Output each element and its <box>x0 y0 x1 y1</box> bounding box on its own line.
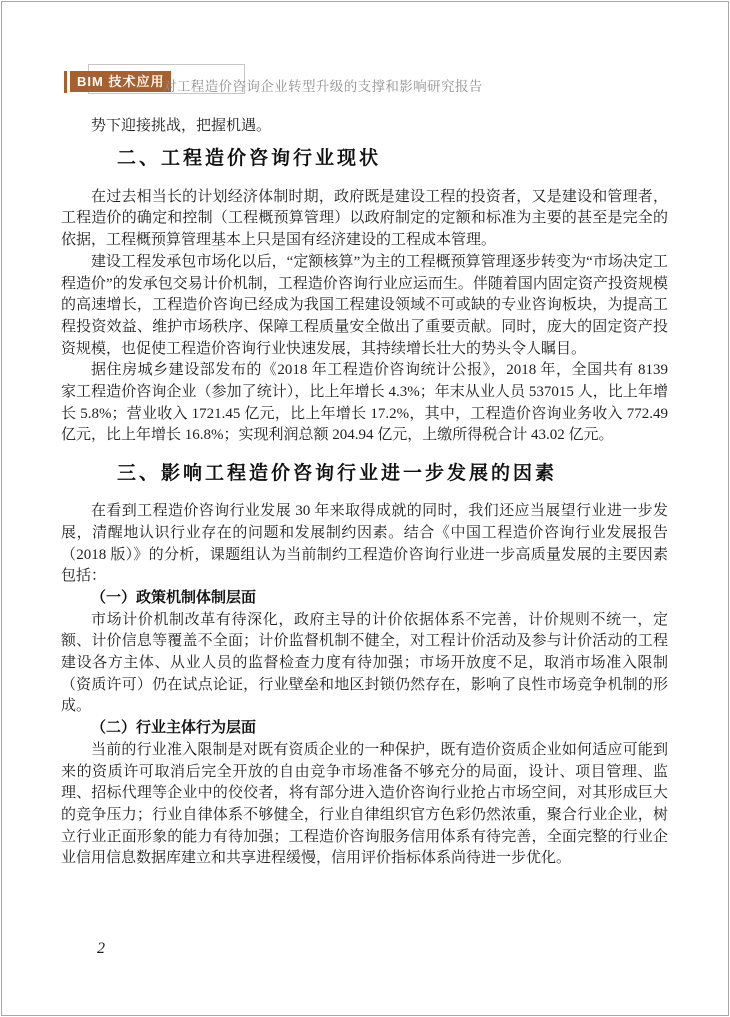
section-heading-3: 三、影响工程造价咨询行业进一步发展的因素 <box>117 461 668 487</box>
section-heading-2: 二、工程造价咨询行业现状 <box>117 146 668 172</box>
report-title: 对工程造价咨询企业转型升级的支撑和影响研究报告 <box>163 75 483 95</box>
document-page: BIM 技术应用 对工程造价咨询企业转型升级的支撑和影响研究报告 势下迎接挑战，… <box>1 1 729 1016</box>
document-body: 势下迎接挑战，把握机遇。 二、工程造价咨询行业现状 在过去相当长的计划经济体制时… <box>61 116 668 870</box>
paragraph: 市场计价机制改革有待深化，政府主导的计价依据体系不完善，计价规则不统一，定额、计… <box>61 610 668 719</box>
paragraph: 在过去相当长的计划经济体制时期，政府既是建设工程的投资者，又是建设和管理者，工程… <box>61 187 668 252</box>
subsection-heading-1: （一）政策机制体制层面 <box>61 588 668 610</box>
paragraph: 当前的行业准入限制是对既有资质企业的一种保护，既有造价资质企业如何适应可能到来的… <box>61 740 668 870</box>
page-number: 2 <box>97 940 105 958</box>
paragraph: 据住房城乡建设部发布的《2018 年工程造价咨询统计公报》，2018 年，全国共… <box>61 360 668 447</box>
subsection-heading-2: （二）行业主体行为层面 <box>61 718 668 740</box>
bim-badge: BIM 技术应用 <box>70 71 171 92</box>
paragraph: 在看到工程造价咨询行业发展 30 年来取得成就的同时，我们还应当展望行业进一步发… <box>61 501 668 588</box>
paragraph: 建设工程发承包市场化以后，“定额核算”为主的工程概预算管理逐步转变为“市场决定工… <box>61 252 668 361</box>
continuation-paragraph: 势下迎接挑战，把握机遇。 <box>61 116 668 138</box>
header-accent-bar <box>64 71 67 93</box>
